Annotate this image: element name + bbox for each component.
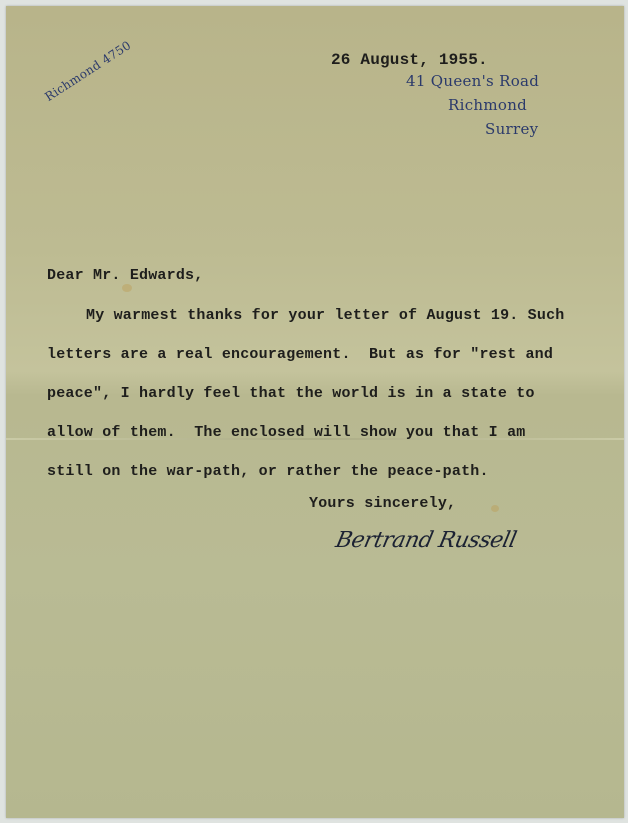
- letterhead-address-street: 41 Queen's Road: [406, 72, 539, 90]
- letterhead-address-county: Surrey: [485, 120, 538, 138]
- letter-body-line: My warmest thanks for your letter of Aug…: [86, 307, 564, 324]
- letter-body-line: allow of them. The enclosed will show yo…: [47, 424, 525, 441]
- letter-body-line: still on the war-path, or rather the pea…: [47, 463, 489, 480]
- letter-body-line: peace", I hardly feel that the world is …: [47, 385, 535, 402]
- paper-stain: [122, 284, 132, 292]
- letter-body-line: letters are a real encouragement. But as…: [47, 346, 553, 363]
- letter-closing: Yours sincerely,: [309, 495, 456, 512]
- letterhead-address-town: Richmond: [448, 96, 527, 114]
- letter-salutation: Dear Mr. Edwards,: [47, 267, 203, 284]
- paper-stain: [491, 505, 499, 512]
- letter-date: 26 August, 1955.: [331, 51, 488, 69]
- handwritten-signature: Bertrand Russell: [333, 528, 518, 553]
